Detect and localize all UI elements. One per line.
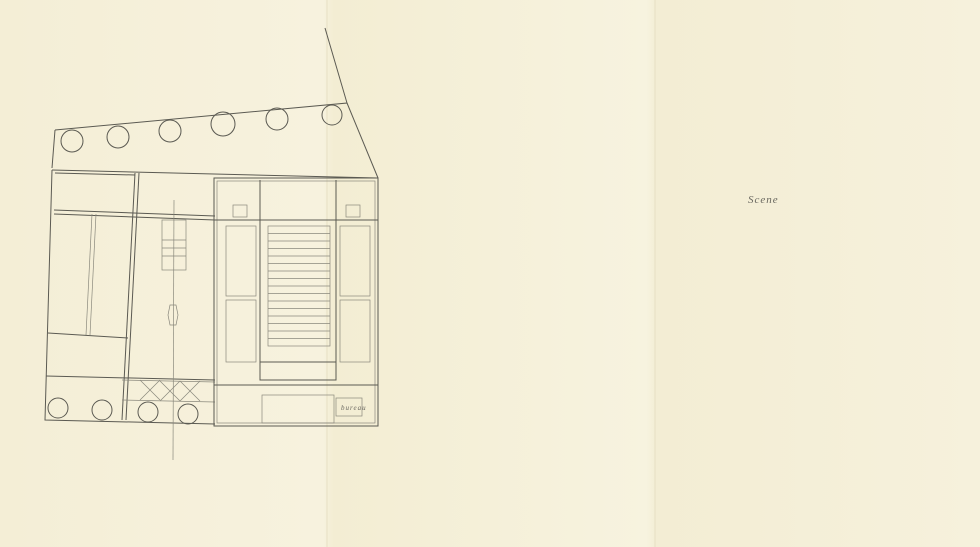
plan-drawing	[0, 0, 980, 547]
room-label: bureau	[341, 404, 367, 412]
drawing-sheet: Scene bureau	[0, 0, 980, 547]
tree-icons-top	[61, 105, 342, 152]
theatre-ground-plan	[214, 178, 378, 426]
stage-label: Scene	[748, 194, 779, 206]
